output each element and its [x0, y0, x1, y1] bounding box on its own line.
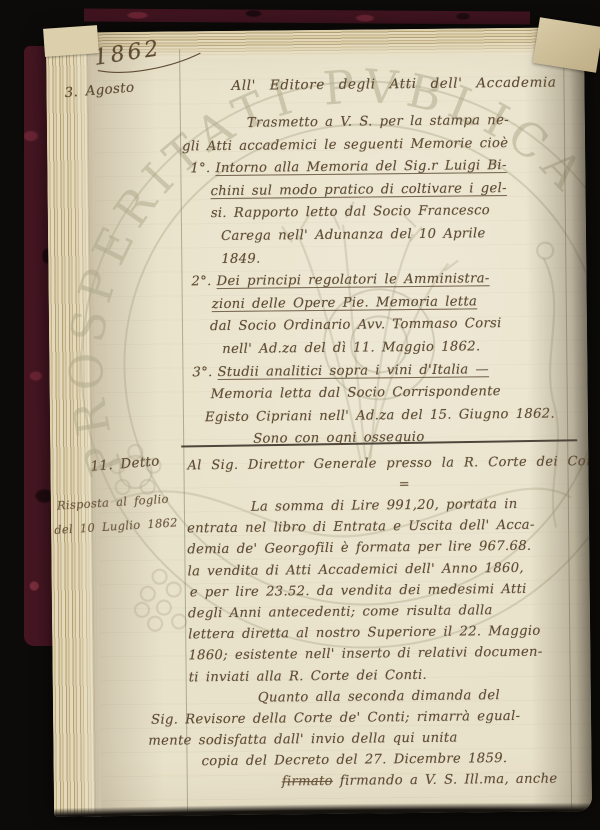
line-text: Intorno alla Memoria del Sig.r Luigi Bi- — [215, 158, 506, 176]
line-text: la vendita di Atti Accademici dell' Anno… — [187, 560, 523, 579]
manuscript-line: firmatofirmando a V. S. Ill.ma, anche — [282, 772, 592, 796]
line-text: gli Atti accademici le seguenti Memorie … — [182, 136, 508, 154]
line-text: Memoria letta dal Socio Corrispondente — [211, 384, 501, 402]
line-text: Sono con ogni ossequio — [253, 430, 425, 447]
line-text: dal Socio Ordinario Avv. Tommaso Corsi — [210, 316, 502, 334]
line-text: entrata nel libro di Entrata e Uscita de… — [187, 518, 535, 537]
entry1-body: Trasmetto a V. S. per la stampa ne-gli A… — [180, 112, 584, 455]
line-text: mente sodisfatta dall' invio della qui u… — [148, 731, 457, 749]
line-text: Egisto Cipriani nell' Ad.za del 15. Giug… — [205, 406, 555, 425]
photo-backdrop: PROSPERITATI PVBLICA 1862 3. Agosto All'… — [0, 0, 600, 830]
line-text: si. Rapporto letto dal Socio Francesco — [211, 204, 490, 222]
line-text: chini sul modo pratico di coltivare i ge… — [211, 181, 507, 199]
line-text: Studii analitici sopra i vini d'Italia — — [217, 362, 489, 380]
manuscript-page: PROSPERITATI PVBLICA 1862 3. Agosto All'… — [46, 27, 592, 817]
tape-fragment-top-right — [533, 17, 600, 72]
line-text: 1860; esistente nell' inserto di relativ… — [188, 645, 542, 664]
line-text: Quanto alla seconda dimanda del — [258, 688, 500, 706]
item-number: 2°. — [191, 274, 211, 289]
item-number: 1°. — [190, 161, 210, 176]
marbled-cover-edge-top — [84, 8, 530, 24]
line-text: Carega nell' Adunanza del 10 Aprile — [221, 226, 486, 244]
line-text: nell' Ad.za del dì 11. Maggio 1862. — [222, 339, 480, 357]
manuscript-line: Sono con ogni ossequio — [253, 429, 583, 455]
line-text: e per lire 23.52. da vendita dei medesim… — [190, 582, 527, 601]
line-text: Sig. Revisore della Corte de' Conti; rim… — [151, 709, 520, 728]
line-text: Trasmetto a V. S. per la stampa ne- — [247, 113, 509, 131]
line-text: ti inviati alla R. Corte dei Conti. — [189, 667, 427, 684]
line-text: degli Anni antecedenti; come risulta dal… — [188, 603, 493, 621]
line-text: copia del Decreto del 27. Dicembre 1859. — [201, 751, 507, 769]
item-number: 3°. — [192, 365, 212, 380]
entry1-heading: All' Editore degli Atti dell' Accademia — [231, 74, 556, 93]
line-text: zioni delle Opere Pie. Memoria letta — [212, 294, 478, 312]
gutter-shadow — [86, 32, 164, 817]
tape-fragment-top-left — [43, 25, 99, 57]
line-text: La somma di Lire 991,20, portata in — [251, 497, 518, 515]
line-text: Dei principi regolatori le Amministra- — [217, 271, 490, 289]
line-text: firmando a V. S. Ill.ma, anche — [340, 772, 558, 789]
struck-word: firmato — [282, 774, 333, 790]
entry2-body: La somma di Lire 991,20, portata inentra… — [184, 496, 592, 797]
equals-mark: = — [399, 477, 410, 492]
line-text: demia de' Georgofili è formata per lire … — [187, 539, 531, 558]
line-text: 1849. — [221, 251, 260, 266]
line-text: lettera diretta al nostro Superiore il 2… — [188, 624, 540, 643]
